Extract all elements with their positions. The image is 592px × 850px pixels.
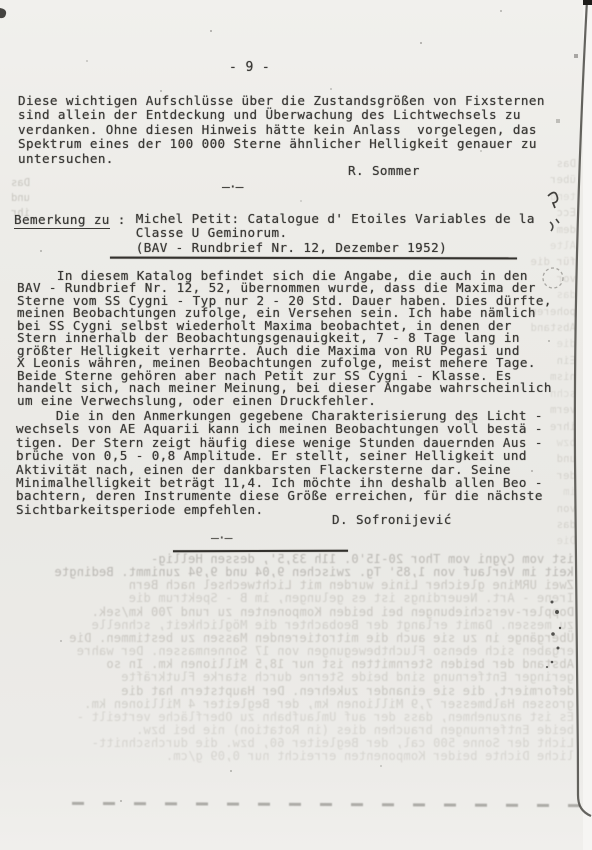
section-rule [110, 257, 517, 260]
page-number: - 9 - [229, 60, 270, 75]
bleedthrough-line: zu messen. Damit erlangt der Beobachter … [12, 619, 574, 632]
bleedthrough-line: Irene - Art. Neuerdings ist es gelungen,… [12, 592, 574, 605]
paper-noise-specks [0, 0, 2, 2]
scanned-document-page: ist vom Cygni vom Thor 20-15'0. 11h 33,5… [0, 0, 592, 850]
signature-sommer: R. Sommer [348, 163, 420, 178]
text-line: untersuchen. [18, 152, 545, 166]
remark-source-line: (BAV - Rundbrief Nr. 12, Dezember 1952) [136, 241, 535, 255]
text-line: bachtern, deren Instrumente diese Größe … [16, 489, 543, 502]
bleedthrough-fragment: Die [472, 533, 576, 549]
text-line: tigen. Der Stern zeigt häufig diese weni… [16, 436, 543, 449]
corner-blob-top-left [0, 8, 6, 18]
remark-paragraph-1: In diesem Katalog befindet sich die Anga… [17, 270, 552, 407]
bleedthrough-fragment: über [472, 172, 576, 188]
remark-label-underlined: Bemerkung zu [14, 212, 110, 229]
text-line: sind allein der Entdeckung und Überwachu… [18, 108, 545, 122]
bleedthrough-fragment: das [472, 517, 576, 533]
text-line: wechsels von AE Aquarii kann ich meinen … [16, 422, 543, 435]
signature-sofronijevic: D. Sofronijević [332, 512, 452, 527]
remark-section: Bemerkung zu : Michel Petit: Catalogue d… [14, 212, 535, 254]
text-line: verdanken. Ohne diesen Hinweis hätte kei… [18, 123, 545, 137]
page-edge-margin [583, 0, 592, 850]
remark-label: Bemerkung zu : [14, 212, 126, 254]
text-line: Spektrum eines der 100 000 Sterne ähnlic… [18, 137, 545, 151]
text-line: um eine Verwechslung, oder einen Druckfe… [17, 395, 552, 407]
intro-paragraph: Diese wichtigen Aufschlüsse über die Zus… [18, 94, 545, 166]
remark-paragraph-2: Die in den Anmerkungen gegebene Charakte… [16, 409, 543, 516]
bleedthrough-line: Doppler-verschiebungen bei beiden Kompon… [12, 606, 574, 619]
remark-label-colon: : [110, 212, 126, 227]
bleedthrough-fragment: tend [472, 189, 576, 205]
text-line: Aktivität nach, einen der dankbarsten Fl… [16, 463, 543, 476]
bleedthrough-line: deformiert, die sie einander zukehren. D… [12, 685, 574, 698]
bleedthrough-reverse-text: ist vom Cygni vom Thor 20-15'0. 11h 33,5… [12, 553, 574, 764]
smudge-dotted-line [72, 802, 584, 807]
section-separator-bottom: —·— [211, 531, 231, 546]
remark-title-block: Michel Petit: Catalogue d' Etoiles Varia… [136, 212, 535, 254]
bleedthrough-fragment: und [0, 191, 30, 206]
bleedthrough-line: geringer Entfernung sind beide Sterne du… [12, 671, 574, 684]
text-line: Die in den Anmerkungen gegebene Charakte… [16, 409, 543, 422]
section-separator-top: —·— [222, 180, 242, 195]
text-line: Sichtbarkeitsperiode empfehlen. [16, 503, 543, 516]
bleedthrough-line: liche Dichte beider Komponenten erreicht… [12, 750, 574, 763]
remark-title-line-2: Classe U Geminorum. [136, 226, 535, 240]
text-line: brüche von 0,5 - 0,8 Amplitude. Er stell… [16, 449, 543, 462]
bleedthrough-line: grossen Halbmesser 7,9 Millionen km, der… [12, 698, 574, 711]
remark-title-line-1: Michel Petit: Catalogue d' Etoiles Varia… [136, 212, 535, 226]
bleedthrough-fragment: Das [0, 176, 30, 191]
text-line: Minimalhelligkeit beträgt 11,4. Ich möch… [16, 476, 543, 489]
